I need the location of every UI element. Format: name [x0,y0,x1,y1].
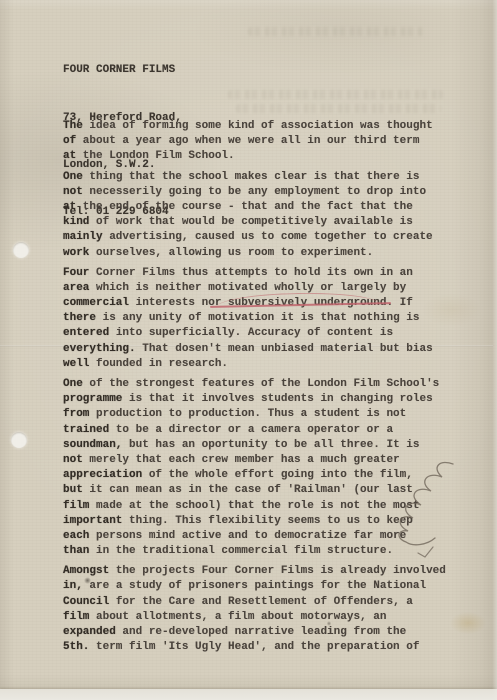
text-line: important thing. This flexibility seems … [63,514,446,529]
line-first-word: at [63,201,76,213]
paragraph: The idea of forming some kind of associa… [63,119,446,165]
text-line: of about a year ago when we were all in … [63,134,446,149]
line-first-word: mainly [63,231,103,243]
punch-hole-top [13,242,29,258]
line-first-word: area [63,282,89,294]
line-first-word: 5th. [63,641,89,653]
text-line: work ourselves, allowing us room to expe… [63,246,446,261]
text-line: Four Corner Films thus attempts to hold … [63,266,446,281]
line-first-word: but [63,484,83,496]
text-line: each persons mind active and to democrat… [63,529,446,544]
text-line: well founded in research. [63,357,446,372]
line-first-word: kind [63,216,89,228]
text-line: not necesserily going to be any employme… [63,185,446,200]
line-first-word: well [63,358,89,370]
paper-right-edge [492,0,497,700]
text-line: than in the traditional commercial film … [63,544,446,559]
text-line: The idea of forming some kind of associa… [63,119,446,134]
text-line: not merely that each crew member has a m… [63,453,446,468]
line-first-word: expanded [63,626,116,638]
line-first-word: there [63,312,96,324]
line-first-word: appreciation [63,469,142,481]
line-first-word: commercial [63,297,129,309]
text-line: appreciation of the whole effort going i… [63,468,446,483]
line-first-word: important [63,515,122,527]
line-first-word: in, [63,580,83,592]
line-first-word: of [63,135,76,147]
text-line: expanded and re-developed narrative lead… [63,625,446,640]
text-line: mainly advertising, caused us to come to… [63,230,446,245]
line-first-word: The [63,120,83,132]
punch-hole-bottom [11,432,27,448]
line-first-word: at [63,150,76,162]
text-line: One of the strongest features of the Lon… [63,377,446,392]
document-page: FOUR CORNER FILMS 73, Hereford Road, Lon… [0,0,497,700]
strikethrough-text: subversively underground [228,297,386,309]
line-first-word: One [63,378,83,390]
text-line: area which is neither motivated wholly o… [63,281,446,296]
text-line: trained to be a director or a camera ope… [63,423,446,438]
text-line: film about allotments, a film about moto… [63,610,446,625]
line-first-word: entered [63,327,109,339]
letterhead-company: FOUR CORNER FILMS [63,63,182,79]
text-line: kind of work that would be competitively… [63,215,446,230]
paper-bottom-edge [0,689,497,700]
text-line: 5th. term film 'Its Ugly Head', and the … [63,640,446,655]
line-first-word: programme [63,393,122,405]
text-line: in, are a study of prisoners paintings f… [63,579,446,594]
text-line: programme is that it involves students i… [63,392,446,407]
text-line: commercial interests nor subversively un… [63,296,446,311]
line-first-word: film [63,500,89,512]
bleed-through-text-smudge [228,90,443,99]
text-line: but it can mean as in the case of 'Railm… [63,483,446,498]
text-line: at the London Film School. [63,149,446,164]
text-line: soundman, but has an oportunity to be al… [63,438,446,453]
paragraph: One thing that the school makes clear is… [63,170,446,261]
line-first-word: trained [63,424,109,436]
letter-body: The idea of forming some kind of associa… [63,119,446,660]
line-first-word: work [63,247,89,259]
line-first-word: soundman, [63,439,122,451]
line-first-word: not [63,186,83,198]
line-first-word: everything. [63,343,136,355]
text-line: everything. That dosen't mean unbiased m… [63,342,446,357]
text-line: at the end of the course - that and the … [63,200,446,215]
line-first-word: Amongst [63,565,109,577]
paragraph: One of the strongest features of the Lon… [63,377,446,559]
bleed-through-text-smudge [248,27,423,36]
line-first-word: from [63,408,89,420]
text-line: entered into superficially. Accuracy of … [63,326,446,341]
text-line: One thing that the school makes clear is… [63,170,446,185]
line-first-word: each [63,530,89,542]
line-first-word: Four [63,267,89,279]
line-first-word: not [63,454,83,466]
line-first-word: One [63,171,83,183]
paragraph: Four Corner Films thus attempts to hold … [63,266,446,372]
text-line: Council for the Care and Resettlement of… [63,595,446,610]
text-line: there is any unity of motivation it is t… [63,311,446,326]
text-line: Amongst the projects Four Corner Films i… [63,564,446,579]
text-line: film made at the school) that the role i… [63,499,446,514]
text-line: from production to production. Thus a st… [63,407,446,422]
line-first-word: than [63,545,89,557]
line-first-word: film [63,611,89,623]
line-first-word: Council [63,596,109,608]
paragraph: Amongst the projects Four Corner Films i… [63,564,446,655]
bleed-through-text-smudge [236,104,441,113]
